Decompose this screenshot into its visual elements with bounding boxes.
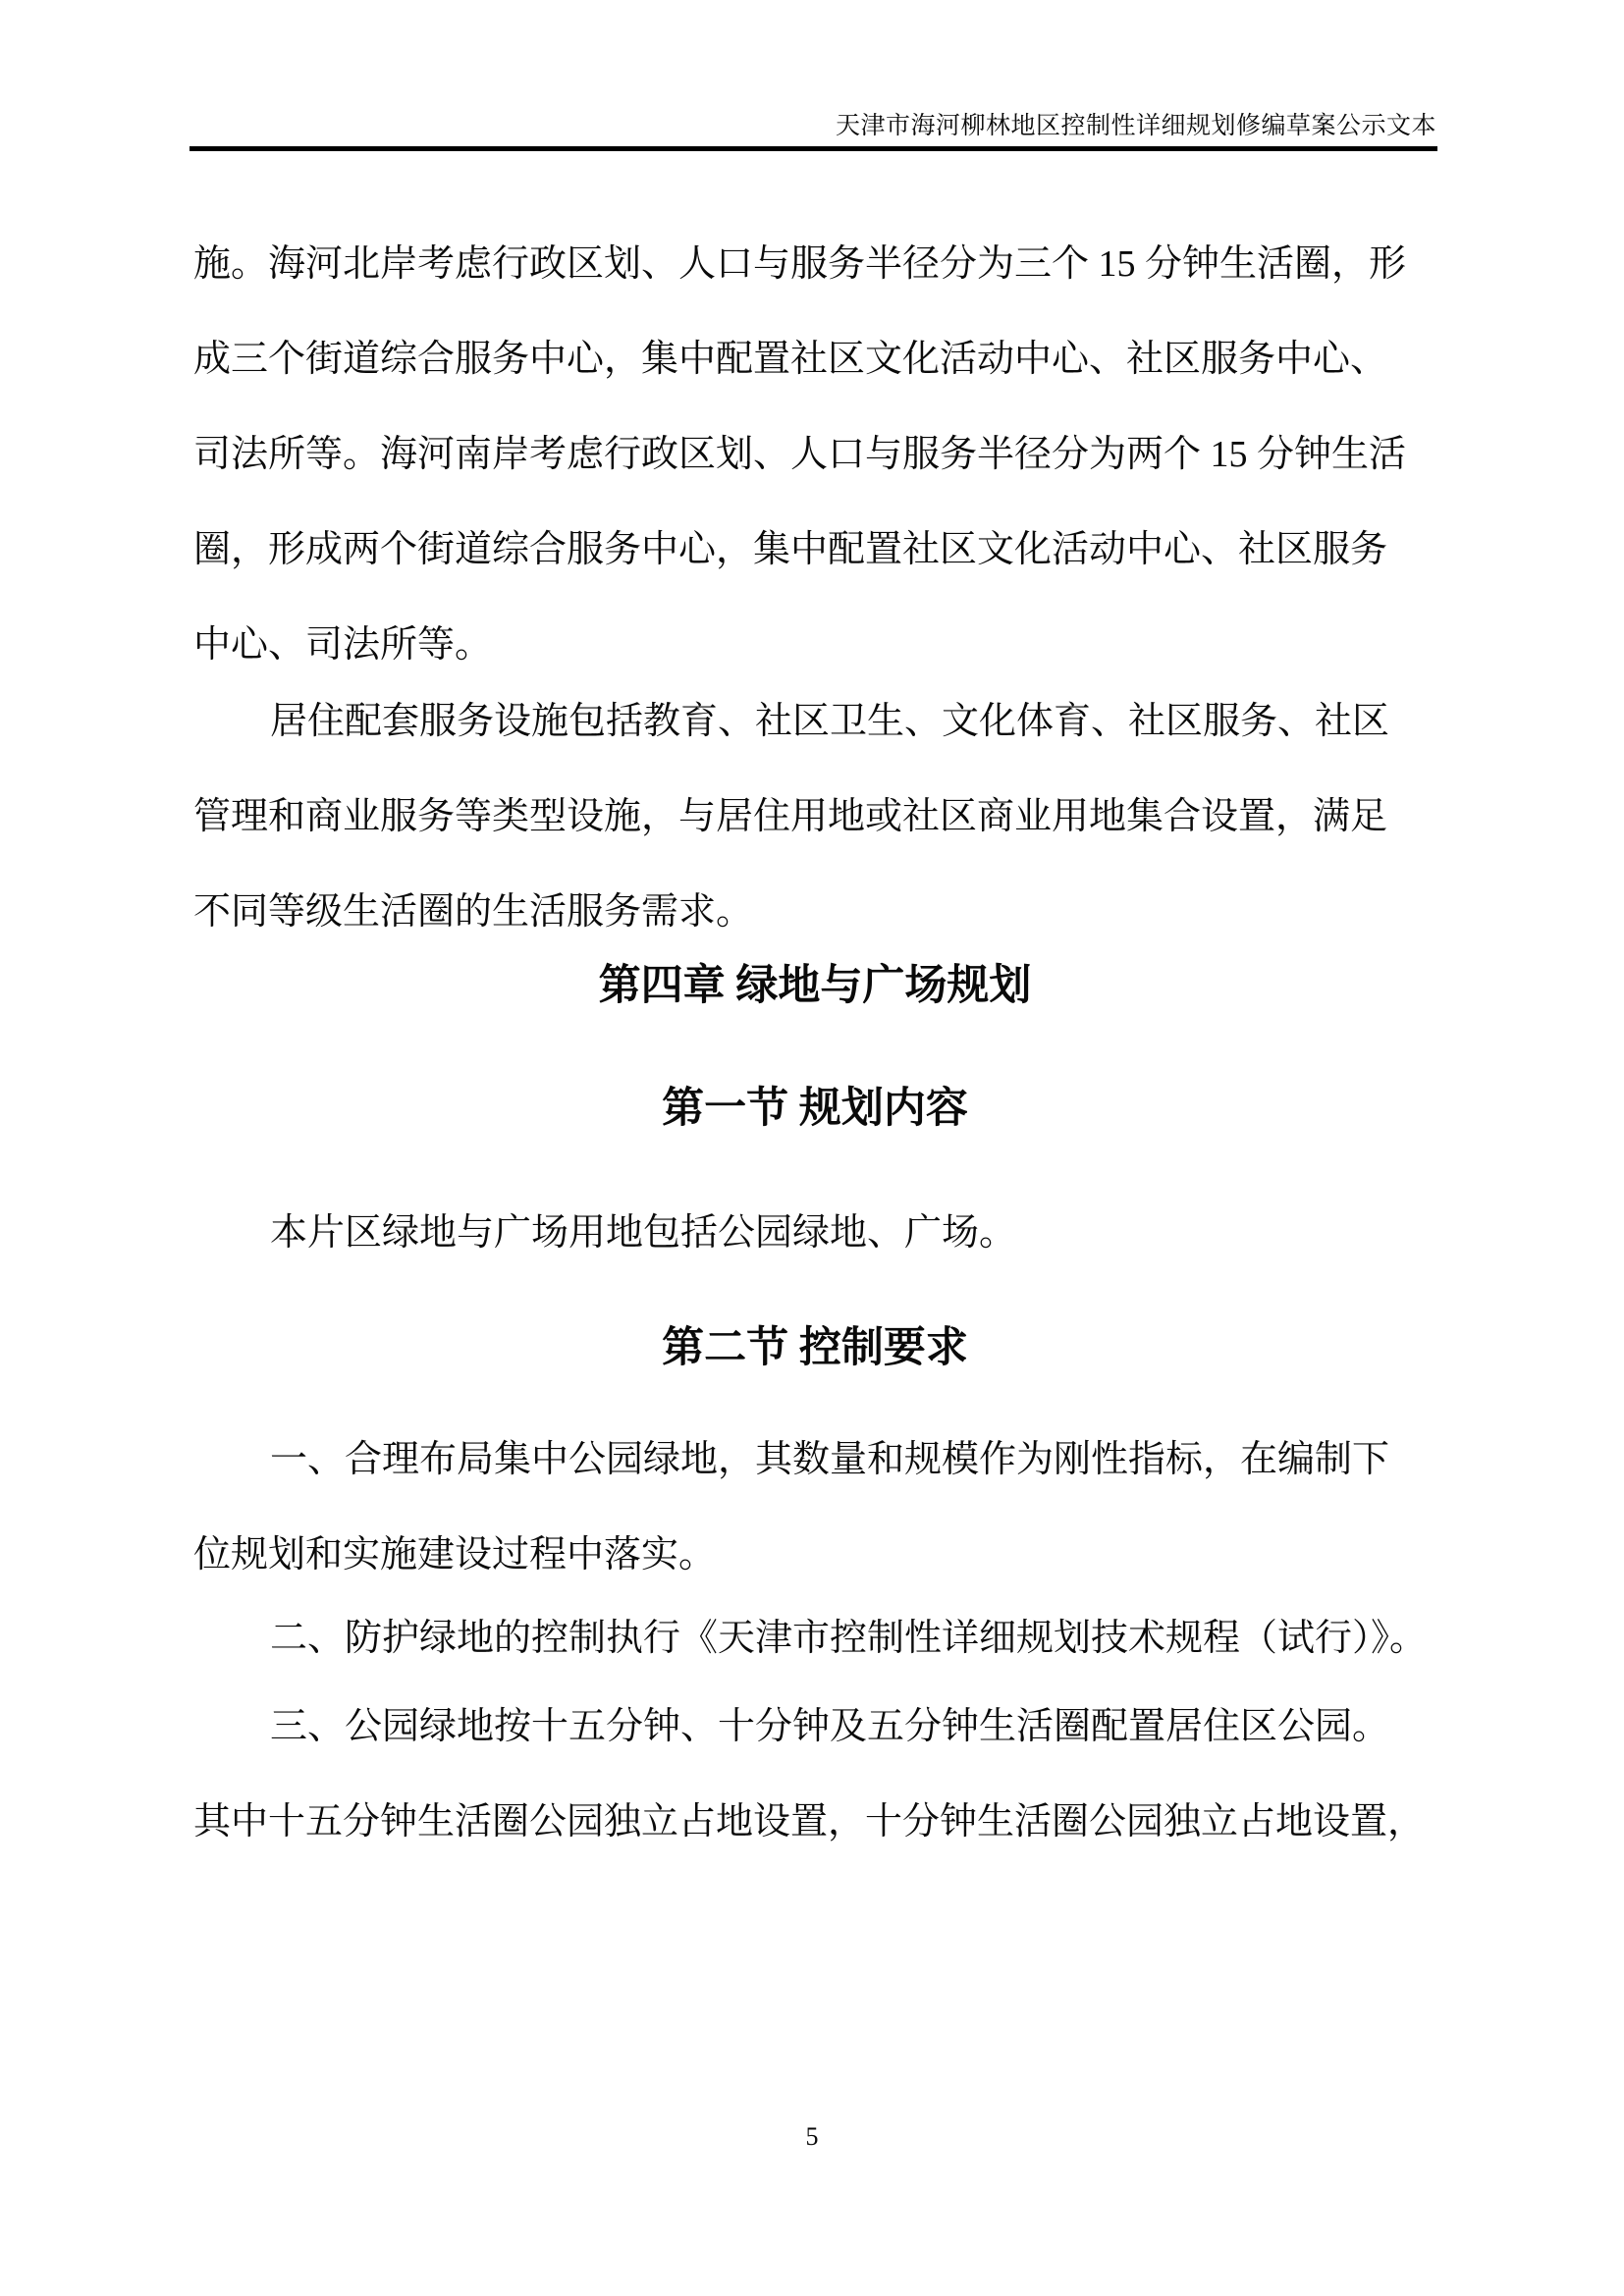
paragraph-line: 司法所等。海河南岸考虑行政区划、人口与服务半径分为两个 15 分钟生活 xyxy=(193,407,1436,503)
page-number: 5 xyxy=(0,2120,1624,2154)
paragraph-line: 二、防护绿地的控制执行《天津市控制性详细规划技术规程（试行）》。 xyxy=(193,1591,1436,1686)
section-heading-control-requirements: 第二节 控制要求 xyxy=(193,1300,1436,1398)
paragraph-line: 其中十五分钟生活圈公园独立占地设置，十分钟生活圈公园独立占地设置， xyxy=(193,1775,1436,1870)
paragraph-life-circles: 施。海河北岸考虑行政区划、人口与服务半径分为三个 15 分钟生活圈，形 成三个街… xyxy=(193,217,1436,693)
section-heading-planning-content: 第一节 规划内容 xyxy=(193,1060,1436,1158)
paragraph-green-space-scope: 本片区绿地与广场用地包括公园绿地、广场。 xyxy=(193,1186,1436,1281)
header-rule xyxy=(189,146,1437,151)
paragraph-residential-facilities: 居住配套服务设施包括教育、社区卫生、文化体育、社区服务、社区 管理和商业服务等类… xyxy=(193,674,1436,960)
paragraph-line: 施。海河北岸考虑行政区划、人口与服务半径分为三个 15 分钟生活圈，形 xyxy=(193,217,1436,312)
paragraph-line: 一、合理布局集中公园绿地，其数量和规模作为刚性指标，在编制下 xyxy=(193,1413,1436,1508)
paragraph-line: 居住配套服务设施包括教育、社区卫生、文化体育、社区服务、社区 xyxy=(193,674,1436,770)
document-page: 天津市海河柳林地区控制性详细规划修编草案公示文本 施。海河北岸考虑行政区划、人口… xyxy=(0,0,1624,2296)
page-header-title: 天津市海河柳林地区控制性详细规划修编草案公示文本 xyxy=(193,110,1436,143)
paragraph-line: 三、公园绿地按十五分钟、十分钟及五分钟生活圈配置居住区公园。 xyxy=(193,1680,1436,1775)
control-item-1: 一、合理布局集中公园绿地，其数量和规模作为刚性指标，在编制下 位规划和实施建设过… xyxy=(193,1413,1436,1603)
paragraph-line: 圈，形成两个街道综合服务中心，集中配置社区文化活动中心、社区服务 xyxy=(193,503,1436,598)
paragraph-line: 本片区绿地与广场用地包括公园绿地、广场。 xyxy=(193,1186,1436,1281)
chapter-heading: 第四章 绿地与广场规划 xyxy=(193,937,1436,1036)
control-item-2: 二、防护绿地的控制执行《天津市控制性详细规划技术规程（试行）》。 xyxy=(193,1591,1436,1686)
control-item-3: 三、公园绿地按十五分钟、十分钟及五分钟生活圈配置居住区公园。 其中十五分钟生活圈… xyxy=(193,1680,1436,1870)
paragraph-line: 成三个街道综合服务中心，集中配置社区文化活动中心、社区服务中心、 xyxy=(193,312,1436,407)
paragraph-line: 位规划和实施建设过程中落实。 xyxy=(193,1508,1436,1603)
paragraph-line: 管理和商业服务等类型设施，与居住用地或社区商业用地集合设置，满足 xyxy=(193,770,1436,865)
